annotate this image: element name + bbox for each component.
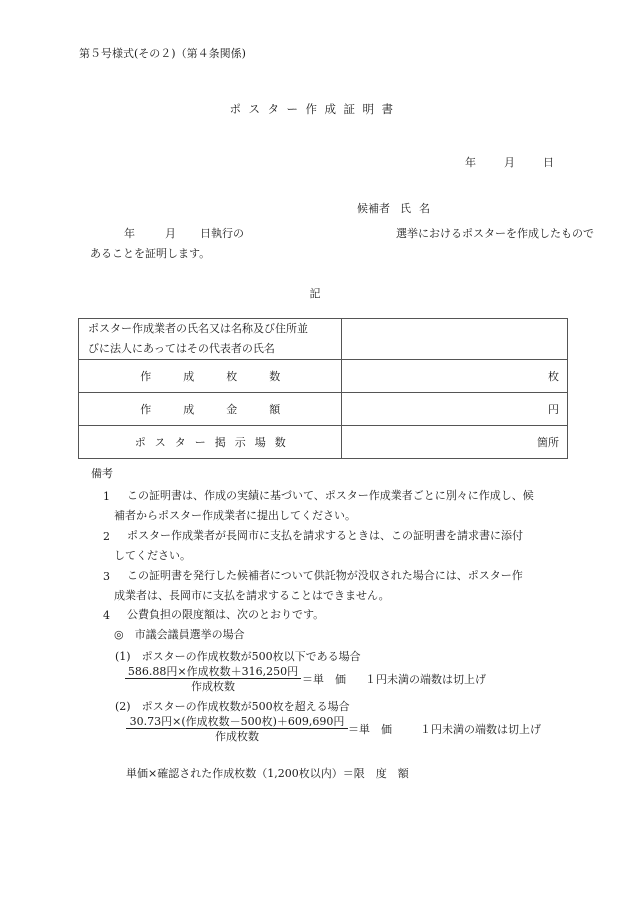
ki-heading: 記	[0, 288, 630, 299]
certificate-table: ポスター作成業者の氏名又は名称及び住所並 びに法人にあってはその代表者の氏名 作…	[78, 318, 568, 459]
label-char: 数	[275, 434, 286, 450]
case-2-numerator: 30.73円×(作成枚数－500枚)＋609,690円	[126, 716, 348, 729]
label-char: 作	[140, 401, 151, 417]
amount-label-cell: 作 成 金 額	[79, 393, 342, 426]
candidate-name-line: 候補者氏名	[357, 203, 438, 214]
label-char: 示	[235, 434, 246, 450]
label-char: タ	[175, 434, 186, 450]
note-4-line1: 公費負担の限度額は、次のとおりです。	[127, 609, 324, 620]
note-2-line1: ポスター作成業者が長岡市に支払を請求するときは、この証明書を請求書に添付	[127, 530, 523, 541]
amount-value-cell[interactable]: 円	[342, 393, 568, 426]
label-char: 金	[226, 401, 237, 417]
locations-value-cell[interactable]: 箇所	[342, 426, 568, 459]
note-2-line2: してください。	[114, 550, 191, 561]
label-char: 数	[269, 368, 280, 384]
date-year-label: 年	[465, 157, 476, 168]
certification-statement-line2: あることを証明します。	[90, 248, 210, 259]
label-char: ス	[155, 434, 166, 450]
note-number: 4	[103, 609, 110, 622]
locations-unit: 箇所	[537, 436, 559, 449]
case-1-denominator: 作成枚数	[125, 679, 301, 692]
certification-statement-line1: 年月日執行の選挙におけるポスターを作成したもので	[124, 228, 594, 239]
election-year-label: 年	[124, 227, 135, 240]
label-char: ー	[195, 434, 206, 450]
vendor-label-line2: びに法人にあってはその代表者の氏名	[88, 339, 341, 359]
notes-heading: 備考	[91, 468, 113, 479]
note-number: 1	[103, 490, 110, 503]
label-char: ポ	[135, 434, 146, 450]
label-char: 成	[183, 401, 194, 417]
note-3-line1: この証明書を発行した候補者について供託物が没収された場合には、ポスター作	[127, 570, 523, 581]
vendor-label-line1: ポスター作成業者の氏名又は名称及び住所並	[88, 319, 341, 339]
limit-formula: 単価×確認された作成枚数（1,200枚以内）＝限 度 額	[126, 768, 409, 779]
note-number: 3	[103, 570, 110, 583]
amount-unit: 円	[548, 403, 559, 416]
candidate-name-label: 氏名	[400, 202, 438, 215]
label-char: 場	[255, 434, 266, 450]
case-1-label: (1) ポスターの作成枚数が500枚以下である場合	[115, 651, 361, 662]
case-2-denominator: 作成枚数	[126, 729, 348, 742]
election-month-label: 月	[165, 227, 176, 240]
election-text: 選挙におけるポスターを作成したもので	[396, 227, 594, 240]
case-2-rounding: １円未満の端数は切上げ	[420, 724, 541, 735]
note-1-line2: 補者からポスター作成業者に提出してください。	[114, 510, 356, 521]
table-row-quantity: 作 成 枚 数 枚	[79, 360, 568, 393]
note-number: 2	[103, 530, 110, 543]
date-day-label: 日	[543, 157, 554, 168]
table-row-vendor: ポスター作成業者の氏名又は名称及び住所並 びに法人にあってはその代表者の氏名	[79, 319, 568, 360]
quantity-value-cell[interactable]: 枚	[342, 360, 568, 393]
vendor-label-cell: ポスター作成業者の氏名又は名称及び住所並 びに法人にあってはその代表者の氏名	[79, 319, 342, 360]
quantity-unit: 枚	[548, 370, 559, 383]
label-char: 額	[269, 401, 280, 417]
date-month-label: 月	[504, 157, 515, 168]
case-1-rounding: １円未満の端数は切上げ	[365, 674, 486, 685]
case-2-label: (2) ポスターの作成枚数が500枚を超える場合	[115, 701, 350, 712]
case-heading: ◎ 市議会議員選挙の場合	[114, 629, 245, 640]
label-char: 掲	[215, 434, 226, 450]
case-2-fraction: 30.73円×(作成枚数－500枚)＋609,690円 作成枚数	[126, 716, 348, 742]
issue-date: 年月日	[465, 157, 554, 168]
note-3-line2: 成業者は、長岡市に支払を請求することはできません。	[114, 590, 390, 601]
election-day-label: 日執行の	[200, 228, 396, 239]
label-char: 作	[140, 368, 151, 384]
case-1-result: ＝単 価	[302, 674, 346, 685]
label-char: 成	[183, 368, 194, 384]
locations-label-cell: ポ ス タ ー 掲 示 場 数	[79, 426, 342, 459]
quantity-label-cell: 作 成 枚 数	[79, 360, 342, 393]
table-row-amount: 作 成 金 額 円	[79, 393, 568, 426]
candidate-label: 候補者	[357, 202, 390, 215]
form-number: 第５号様式(その２)（第４条関係)	[79, 48, 246, 59]
vendor-value-cell[interactable]	[342, 319, 568, 360]
document-title: ポスター作成証明書	[0, 104, 630, 116]
table-row-locations: ポ ス タ ー 掲 示 場 数 箇所	[79, 426, 568, 459]
note-1-line1: この証明書は、作成の実績に基づいて、ポスター作成業者ごとに別々に作成し、候	[127, 490, 534, 501]
label-char: 枚	[226, 368, 237, 384]
case-1-numerator: 586.88円×作成枚数＋316,250円	[125, 666, 301, 679]
case-1-fraction: 586.88円×作成枚数＋316,250円 作成枚数	[125, 666, 301, 692]
case-2-result: ＝単 価	[348, 724, 392, 735]
